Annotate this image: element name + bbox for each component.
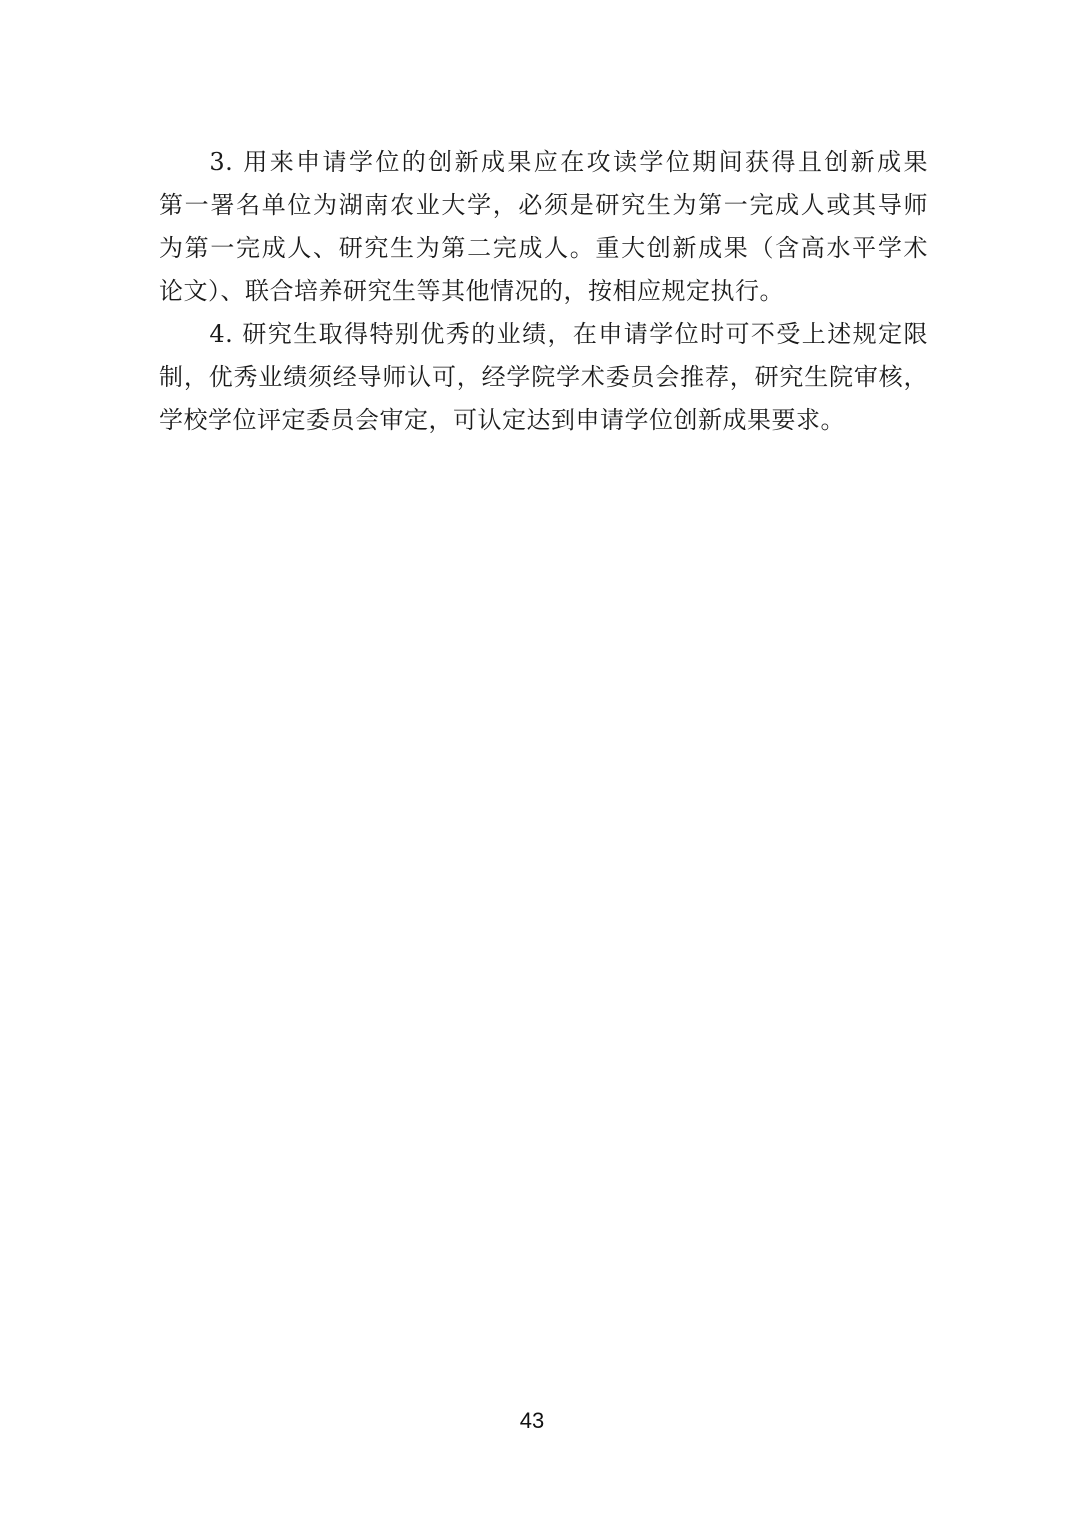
body-line: 4. 研究生取得特别优秀的业绩，在申请学位时可不受上述规定限 [159,313,928,356]
body-line: 学校学位评定委员会审定，可认定达到申请学位创新成果要求。 [159,399,928,442]
body-text: 3. 用来申请学位的创新成果应在攻读学位期间获得且创新成果 第一署名单位为湖南农… [159,141,928,442]
paragraph-4: 4. 研究生取得特别优秀的业绩，在申请学位时可不受上述规定限 制，优秀业绩须经导… [159,313,928,442]
document-page: 3. 用来申请学位的创新成果应在攻读学位期间获得且创新成果 第一署名单位为湖南农… [0,0,1074,1520]
body-line: 制，优秀业绩须经导师认可，经学院学术委员会推荐，研究生院审核， [159,356,928,399]
paragraph-3: 3. 用来申请学位的创新成果应在攻读学位期间获得且创新成果 第一署名单位为湖南农… [159,141,928,313]
body-line: 3. 用来申请学位的创新成果应在攻读学位期间获得且创新成果 [159,141,928,184]
body-line: 第一署名单位为湖南农业大学，必须是研究生为第一完成人或其导师 [159,184,928,227]
page-number: 43 [0,1408,1064,1434]
body-line: 论文）、联合培养研究生等其他情况的，按相应规定执行。 [159,270,928,313]
body-line: 为第一完成人、研究生为第二完成人。重大创新成果（含高水平学术 [159,227,928,270]
